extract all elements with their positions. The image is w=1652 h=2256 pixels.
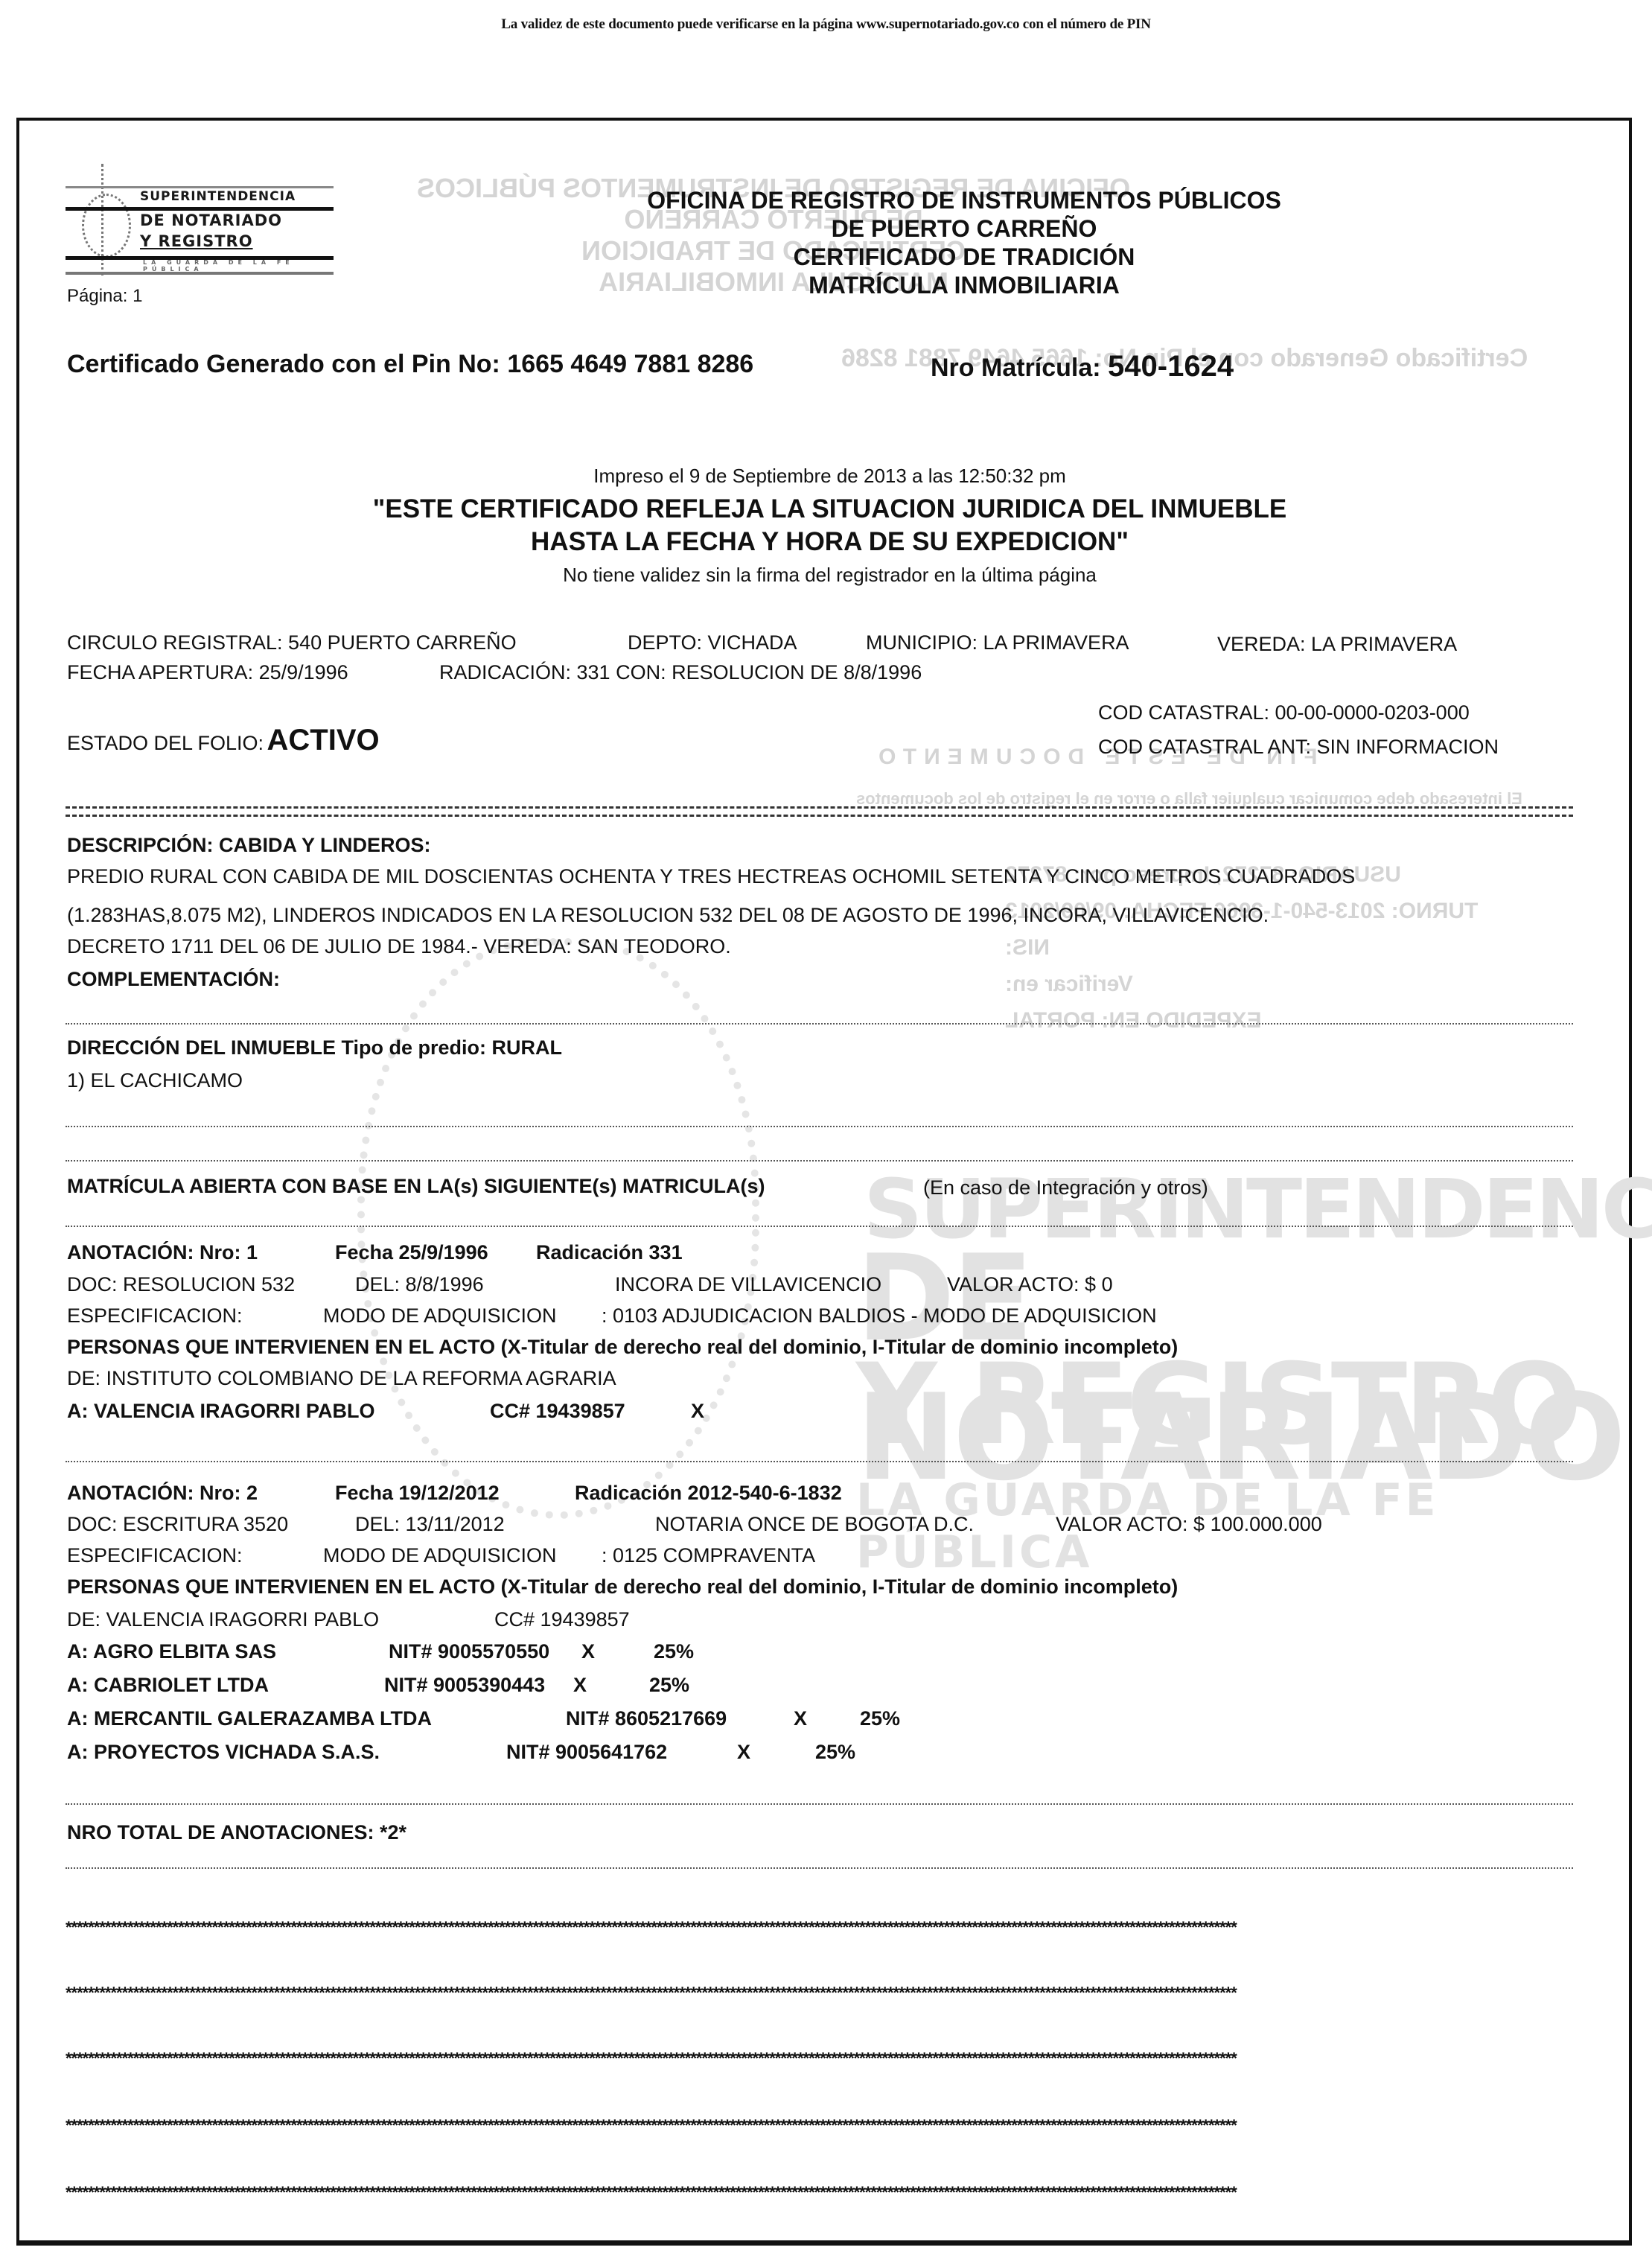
pin-label: Certificado Generado con el Pin No: [67,350,500,378]
logo-emblem-icon [82,194,131,258]
separator [66,1803,1573,1805]
filler-stars: ****************************************… [66,2049,1573,2068]
legal-notice: "ESTE CERTIFICADO REFLEJA LA SITUACION J… [0,493,1652,558]
anotacion-2-a-x: X [737,1741,750,1764]
vereda: VEREDA: LA PRIMAVERA [1217,633,1457,656]
descripcion-heading: DESCRIPCIÓN: CABIDA Y LINDEROS: [67,834,431,857]
anotacion-1-esp-modo: MODO DE ADQUISICION [323,1304,557,1328]
separator [66,1461,1573,1462]
filler-stars: ****************************************… [66,1918,1573,1937]
anotacion-2-a-x: X [573,1674,587,1697]
anotacion-1-esp-label: ESPECIFICACION: [67,1304,243,1328]
logo-rule [66,272,334,275]
filler-stars: ****************************************… [66,2183,1573,2202]
separator [66,1126,1573,1127]
watermark-emblem-icon [357,938,759,1519]
separator [66,815,1573,817]
anotacion-2-a-x: X [581,1640,595,1663]
anotacion-2-valor: VALOR ACTO: $ 100.000.000 [1056,1513,1322,1536]
title-line: MATRÍCULA INMOBILIARIA [566,271,1362,299]
ghost-line: Verificar en: [1005,966,1478,1002]
page-number: Página: 1 [67,286,142,307]
matricula-abierta-label: MATRÍCULA ABIERTA CON BASE EN LA(s) SIGU… [67,1175,765,1198]
anotacion-2-a-pct: 25% [654,1640,694,1663]
anotacion-2-a-pct: 25% [649,1674,689,1697]
anotacion-2-a-name: A: CABRIOLET LTDA [67,1674,269,1697]
pin-line: Certificado Generado con el Pin No: 1665… [67,350,753,379]
anotacion-2-esp-label: ESPECIFICACION: [67,1544,243,1567]
matricula-abierta-note: (En caso de Integración y otros) [923,1176,1208,1199]
anotacion-2-a-name: A: AGRO ELBITA SAS [67,1640,276,1663]
logo-line: Y REGISTRO [140,232,253,250]
estado-label: ESTADO DEL FOLIO: [67,732,264,754]
matricula-label: Nro Matrícula: [931,354,1101,382]
anotacion-1-esp-value: : 0103 ADJUDICACION BALDIOS - MODO DE AD… [602,1304,1157,1328]
document-title: OFICINA DE REGISTRO DE INSTRUMENTOS PÚBL… [566,186,1362,299]
descripcion-line: (1.283HAS,8.075 M2), LINDEROS INDICADOS … [67,904,1269,927]
filler-stars: ****************************************… [66,1983,1573,2003]
anotacion-2-a-id: NIT# 9005641762 [506,1741,667,1764]
watermark-line: Y REGISTRO [856,1340,1579,1470]
anotacion-1-radicacion: Radicación 331 [536,1241,683,1264]
anotacion-2-de: DE: VALENCIA IRAGORRI PABLO [67,1608,379,1631]
anotacion-2-fecha: Fecha 19/12/2012 [335,1482,500,1505]
anotacion-2-esp-modo: MODO DE ADQUISICION [323,1544,557,1567]
anotacion-2-a-id: NIT# 8605217669 [566,1707,727,1730]
legal-notice-line: "ESTE CERTIFICADO REFLEJA LA SITUACION J… [7,493,1652,526]
estado-value: ACTIVO [267,724,380,756]
anotacion-2-esp-value: : 0125 COMPRAVENTA [602,1544,815,1567]
legal-notice-line: HASTA LA FECHA Y HORA DE SU EXPEDICION" [7,526,1652,558]
anotacion-2-a-x: X [794,1707,807,1730]
pin-value: 1665 4649 7881 8286 [507,350,753,378]
anotacion-2-entidad: NOTARIA ONCE DE BOGOTA D.C. [655,1513,974,1536]
logo-rule [66,207,334,211]
anotacion-1-del: DEL: 8/8/1996 [355,1273,484,1296]
anotacion-2-a-id: NIT# 9005570550 [389,1640,549,1663]
direccion-line: 1) EL CACHICAMO [67,1069,243,1092]
anotacion-2-a-pct: 25% [860,1707,900,1730]
printed-timestamp: Impreso el 9 de Septiembre de 2013 a las… [0,465,1652,488]
signature-notice: No tiene validez sin la firma del regist… [0,564,1652,587]
anotacion-1-valor: VALOR ACTO: $ 0 [947,1273,1113,1296]
separator [66,1160,1573,1162]
separator [66,806,1573,809]
anotacion-1-a-id: CC# 19439857 [490,1400,625,1423]
radicacion: RADICACIÓN: 331 CON: RESOLUCION DE 8/8/1… [439,661,922,684]
anotacion-2-a-name: A: PROYECTOS VICHADA S.A.S. [67,1741,380,1764]
municipio: MUNICIPIO: LA PRIMAVERA [866,631,1129,654]
estado-folio: ESTADO DEL FOLIO: ACTIVO [67,724,380,757]
depto: DEPTO: VICHADA [628,631,797,654]
cod-catastral: COD CATASTRAL: 00-00-0000-0203-000 [1098,701,1470,724]
separator [66,1867,1573,1869]
anotacion-2-doc: DOC: ESCRITURA 3520 [67,1513,288,1536]
direccion-heading: DIRECCIÓN DEL INMUEBLE Tipo de predio: R… [67,1036,562,1060]
anotacion-1-a-name: A: VALENCIA IRAGORRI PABLO [67,1400,375,1423]
filler-stars: ****************************************… [66,2116,1573,2135]
descripcion-line: PREDIO RURAL CON CABIDA DE MIL DOSCIENTA… [67,865,1355,888]
title-line: DE PUERTO CARREÑO [566,214,1362,243]
ghost-line: NIS: [1005,929,1478,966]
matricula-line: Nro Matrícula: 540-1624 [931,350,1234,383]
anotacion-2-a-pct: 25% [815,1741,855,1764]
anotacion-1-fecha: Fecha 25/9/1996 [335,1241,488,1264]
logo-rule [66,186,334,188]
anotacion-1-doc: DOC: RESOLUCION 532 [67,1273,295,1296]
cod-catastral-ant: COD CATASTRAL ANT: SIN INFORMACION [1098,736,1499,759]
fecha-apertura: FECHA APERTURA: 25/9/1996 [67,661,348,684]
anotacion-2-de-id: CC# 19439857 [494,1608,630,1631]
title-line: OFICINA DE REGISTRO DE INSTRUMENTOS PÚBL… [566,186,1362,214]
anotacion-1-entidad: INCORA DE VILLAVICENCIO [615,1273,881,1296]
anotacion-1-nro: ANOTACIÓN: Nro: 1 [67,1241,258,1264]
circulo-registral: CIRCULO REGISTRAL: 540 PUERTO CARREÑO [67,631,517,654]
anotacion-1-personas: PERSONAS QUE INTERVIENEN EN EL ACTO (X-T… [67,1336,1178,1359]
complementacion: COMPLEMENTACIÓN: [67,968,280,991]
separator [66,1226,1573,1227]
descripcion-line: DECRETO 1711 DEL 06 DE JULIO DE 1984.- V… [67,935,731,958]
anotacion-2-del: DEL: 13/11/2012 [355,1513,505,1536]
verification-note: La validez de este documento puede verif… [0,16,1652,33]
anotacion-1-a-x: X [691,1400,704,1423]
anotacion-2-radicacion: Radicación 2012-540-6-1832 [575,1482,842,1505]
logo-line: DE NOTARIADO [140,211,282,229]
anotacion-2-personas: PERSONAS QUE INTERVIENEN EN EL ACTO (X-T… [67,1575,1178,1599]
total-anotaciones: NRO TOTAL DE ANOTACIONES: *2* [67,1821,406,1844]
anotacion-2-nro: ANOTACIÓN: Nro: 2 [67,1482,258,1505]
ghost-line: EXPEDIDO EN: PORTAL [1005,1002,1478,1039]
logo-line: LA GUARDA DE LA FE PÚBLICA [143,259,334,273]
anotacion-1-de: DE: INSTITUTO COLOMBIANO DE LA REFORMA A… [67,1367,616,1390]
anotacion-2-a-id: NIT# 9005390443 [384,1674,545,1697]
matricula-value: 540-1624 [1108,350,1234,383]
supernotariado-logo: SUPERINTENDENCIA DE NOTARIADO Y REGISTRO… [66,164,334,275]
logo-line: SUPERINTENDENCIA [140,189,296,204]
title-line: CERTIFICADO DE TRADICIÓN [566,243,1362,271]
anotacion-2-a-name: A: MERCANTIL GALERAZAMBA LTDA [67,1707,432,1730]
separator [66,1023,1573,1025]
